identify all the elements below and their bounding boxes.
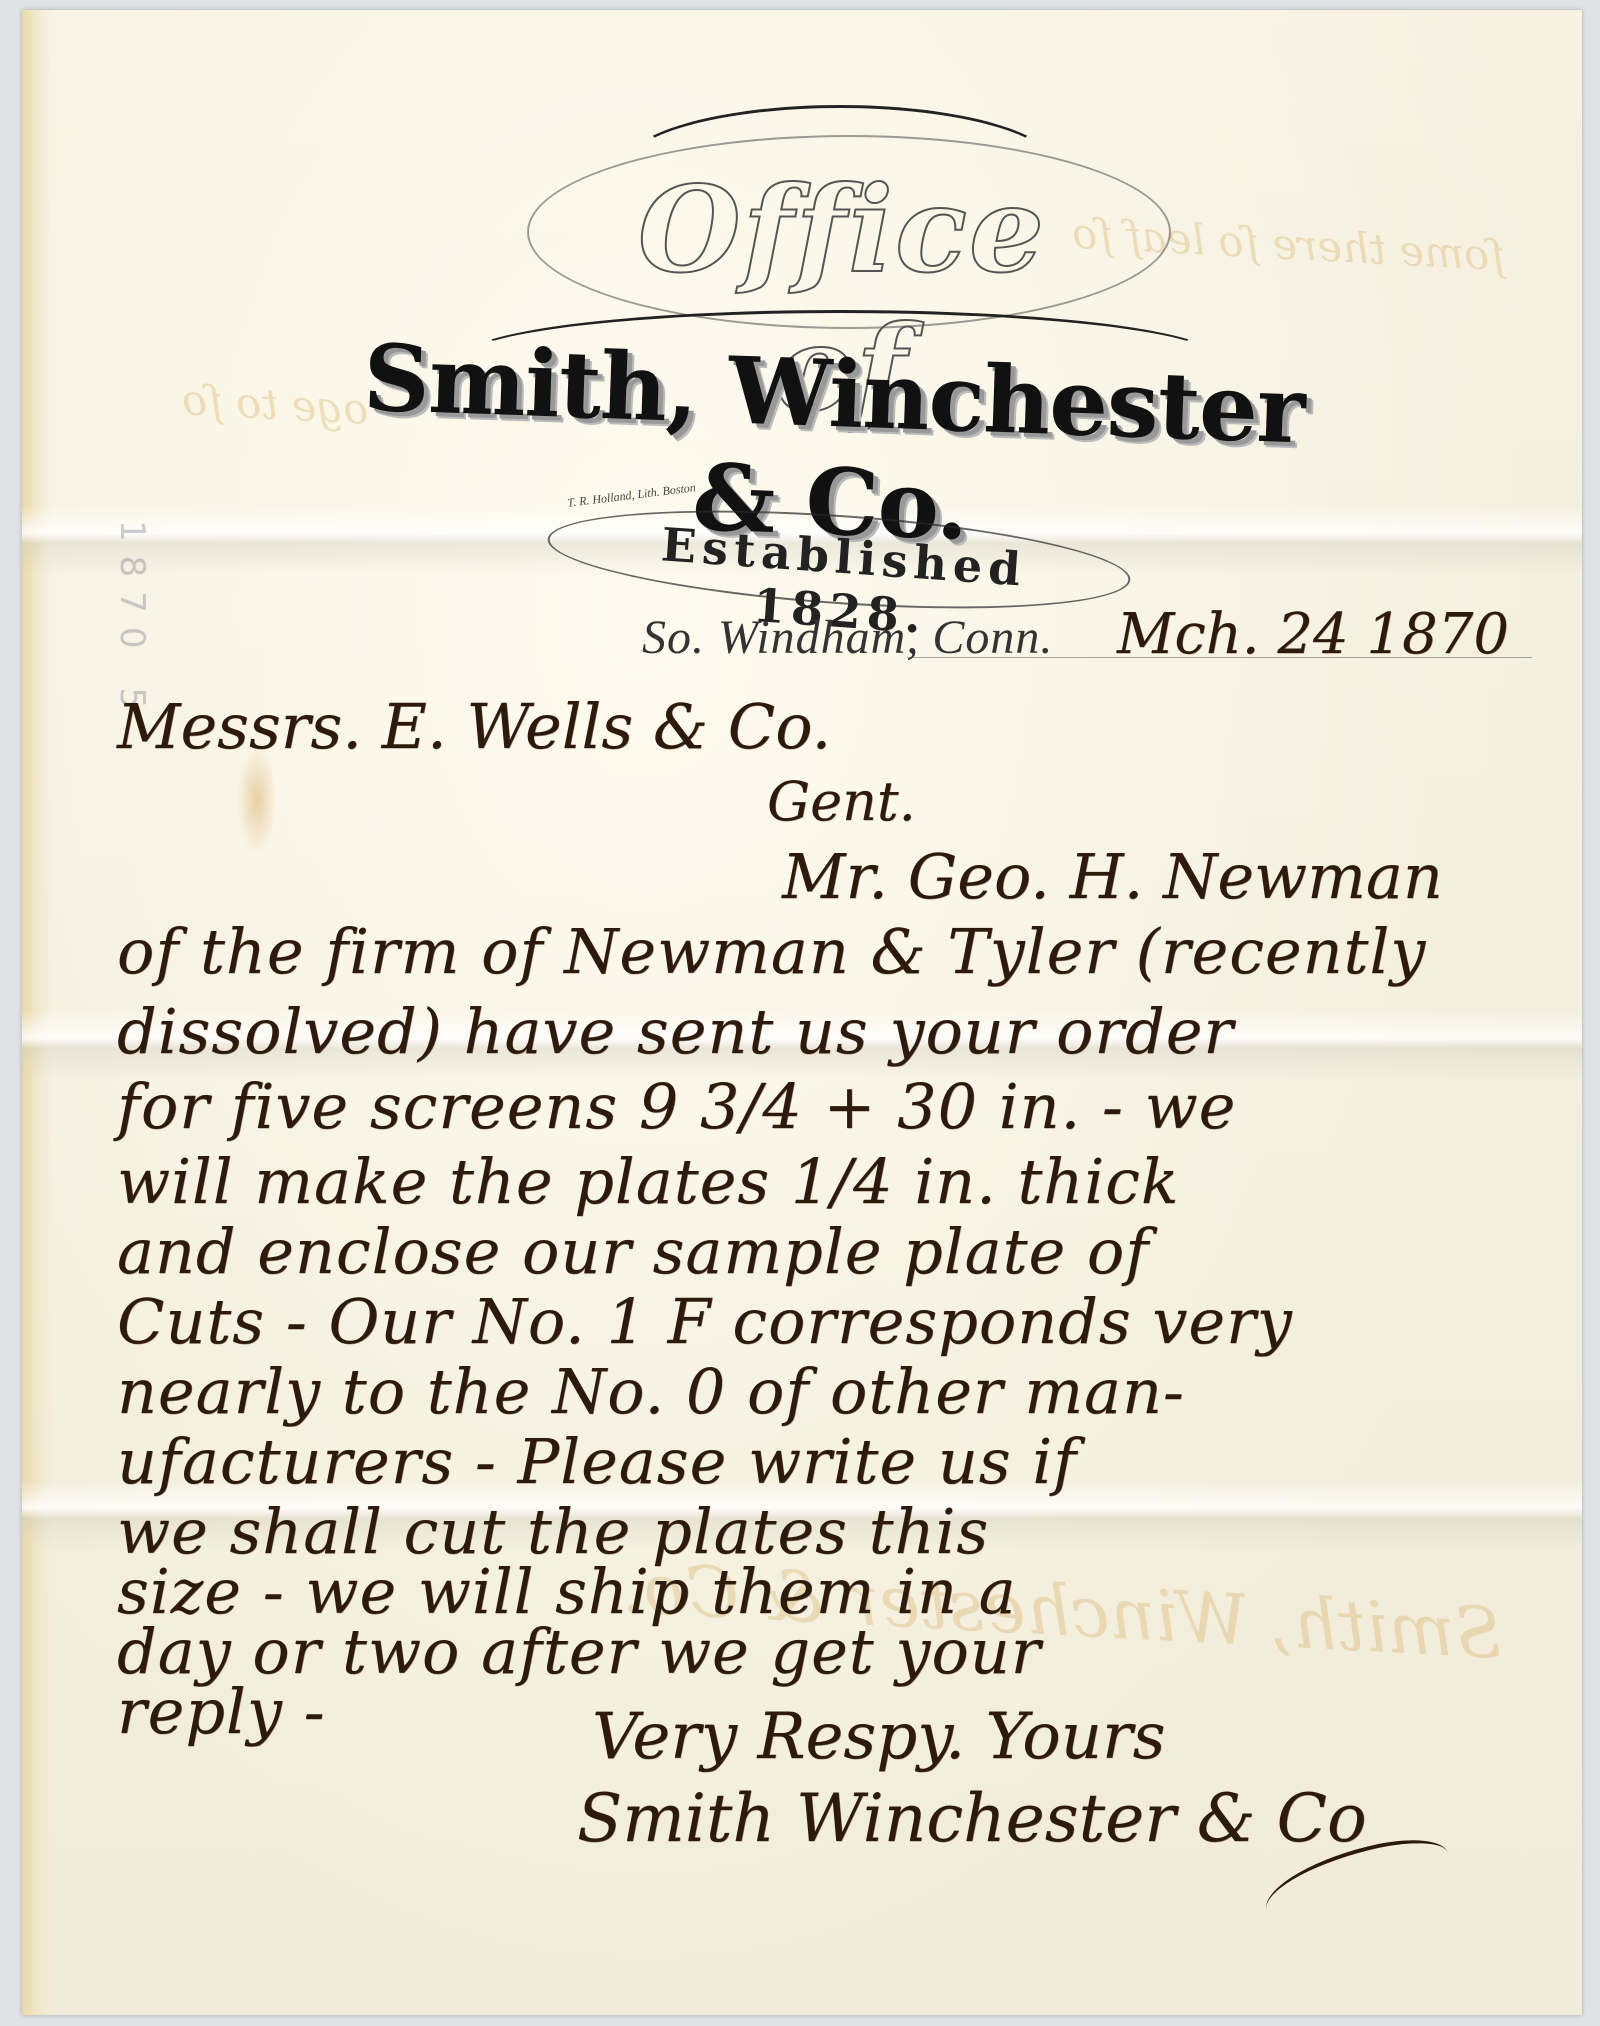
body-line: Cuts - Our No. 1 F corresponds very: [117, 1285, 1293, 1358]
body-intro: Mr. Geo. H. Newman: [782, 840, 1443, 913]
closing: Very Respy. Yours: [592, 1700, 1165, 1774]
letter-date: Mch. 24 1870: [1117, 602, 1509, 667]
letter-sheet: ſome there ſo leaf ſo oge to ſo Smith, W…: [22, 10, 1582, 2015]
body-line: reply -: [117, 1675, 326, 1748]
body-line: and enclose our sample plate of: [117, 1215, 1149, 1288]
body-line: nearly to the No. 0 of other man-: [117, 1355, 1185, 1428]
body-line: of the firm of Newman & Tyler (recently: [117, 915, 1426, 988]
body-line: dissolved) have sent us your order: [117, 995, 1234, 1068]
greeting: Gent.: [767, 770, 916, 833]
signature: Smith Winchester & Co: [577, 1780, 1367, 1857]
body-line: for five screens 9 3/4 + 30 in. - we: [117, 1070, 1236, 1143]
body-line: ufacturers - Please write us if: [117, 1425, 1077, 1498]
recipient-salutation: Messrs. E. Wells & Co.: [117, 690, 831, 763]
show-through-writing: oge to ſo: [181, 375, 370, 434]
body-line: will make the plates 1/4 in. thick: [117, 1145, 1179, 1218]
